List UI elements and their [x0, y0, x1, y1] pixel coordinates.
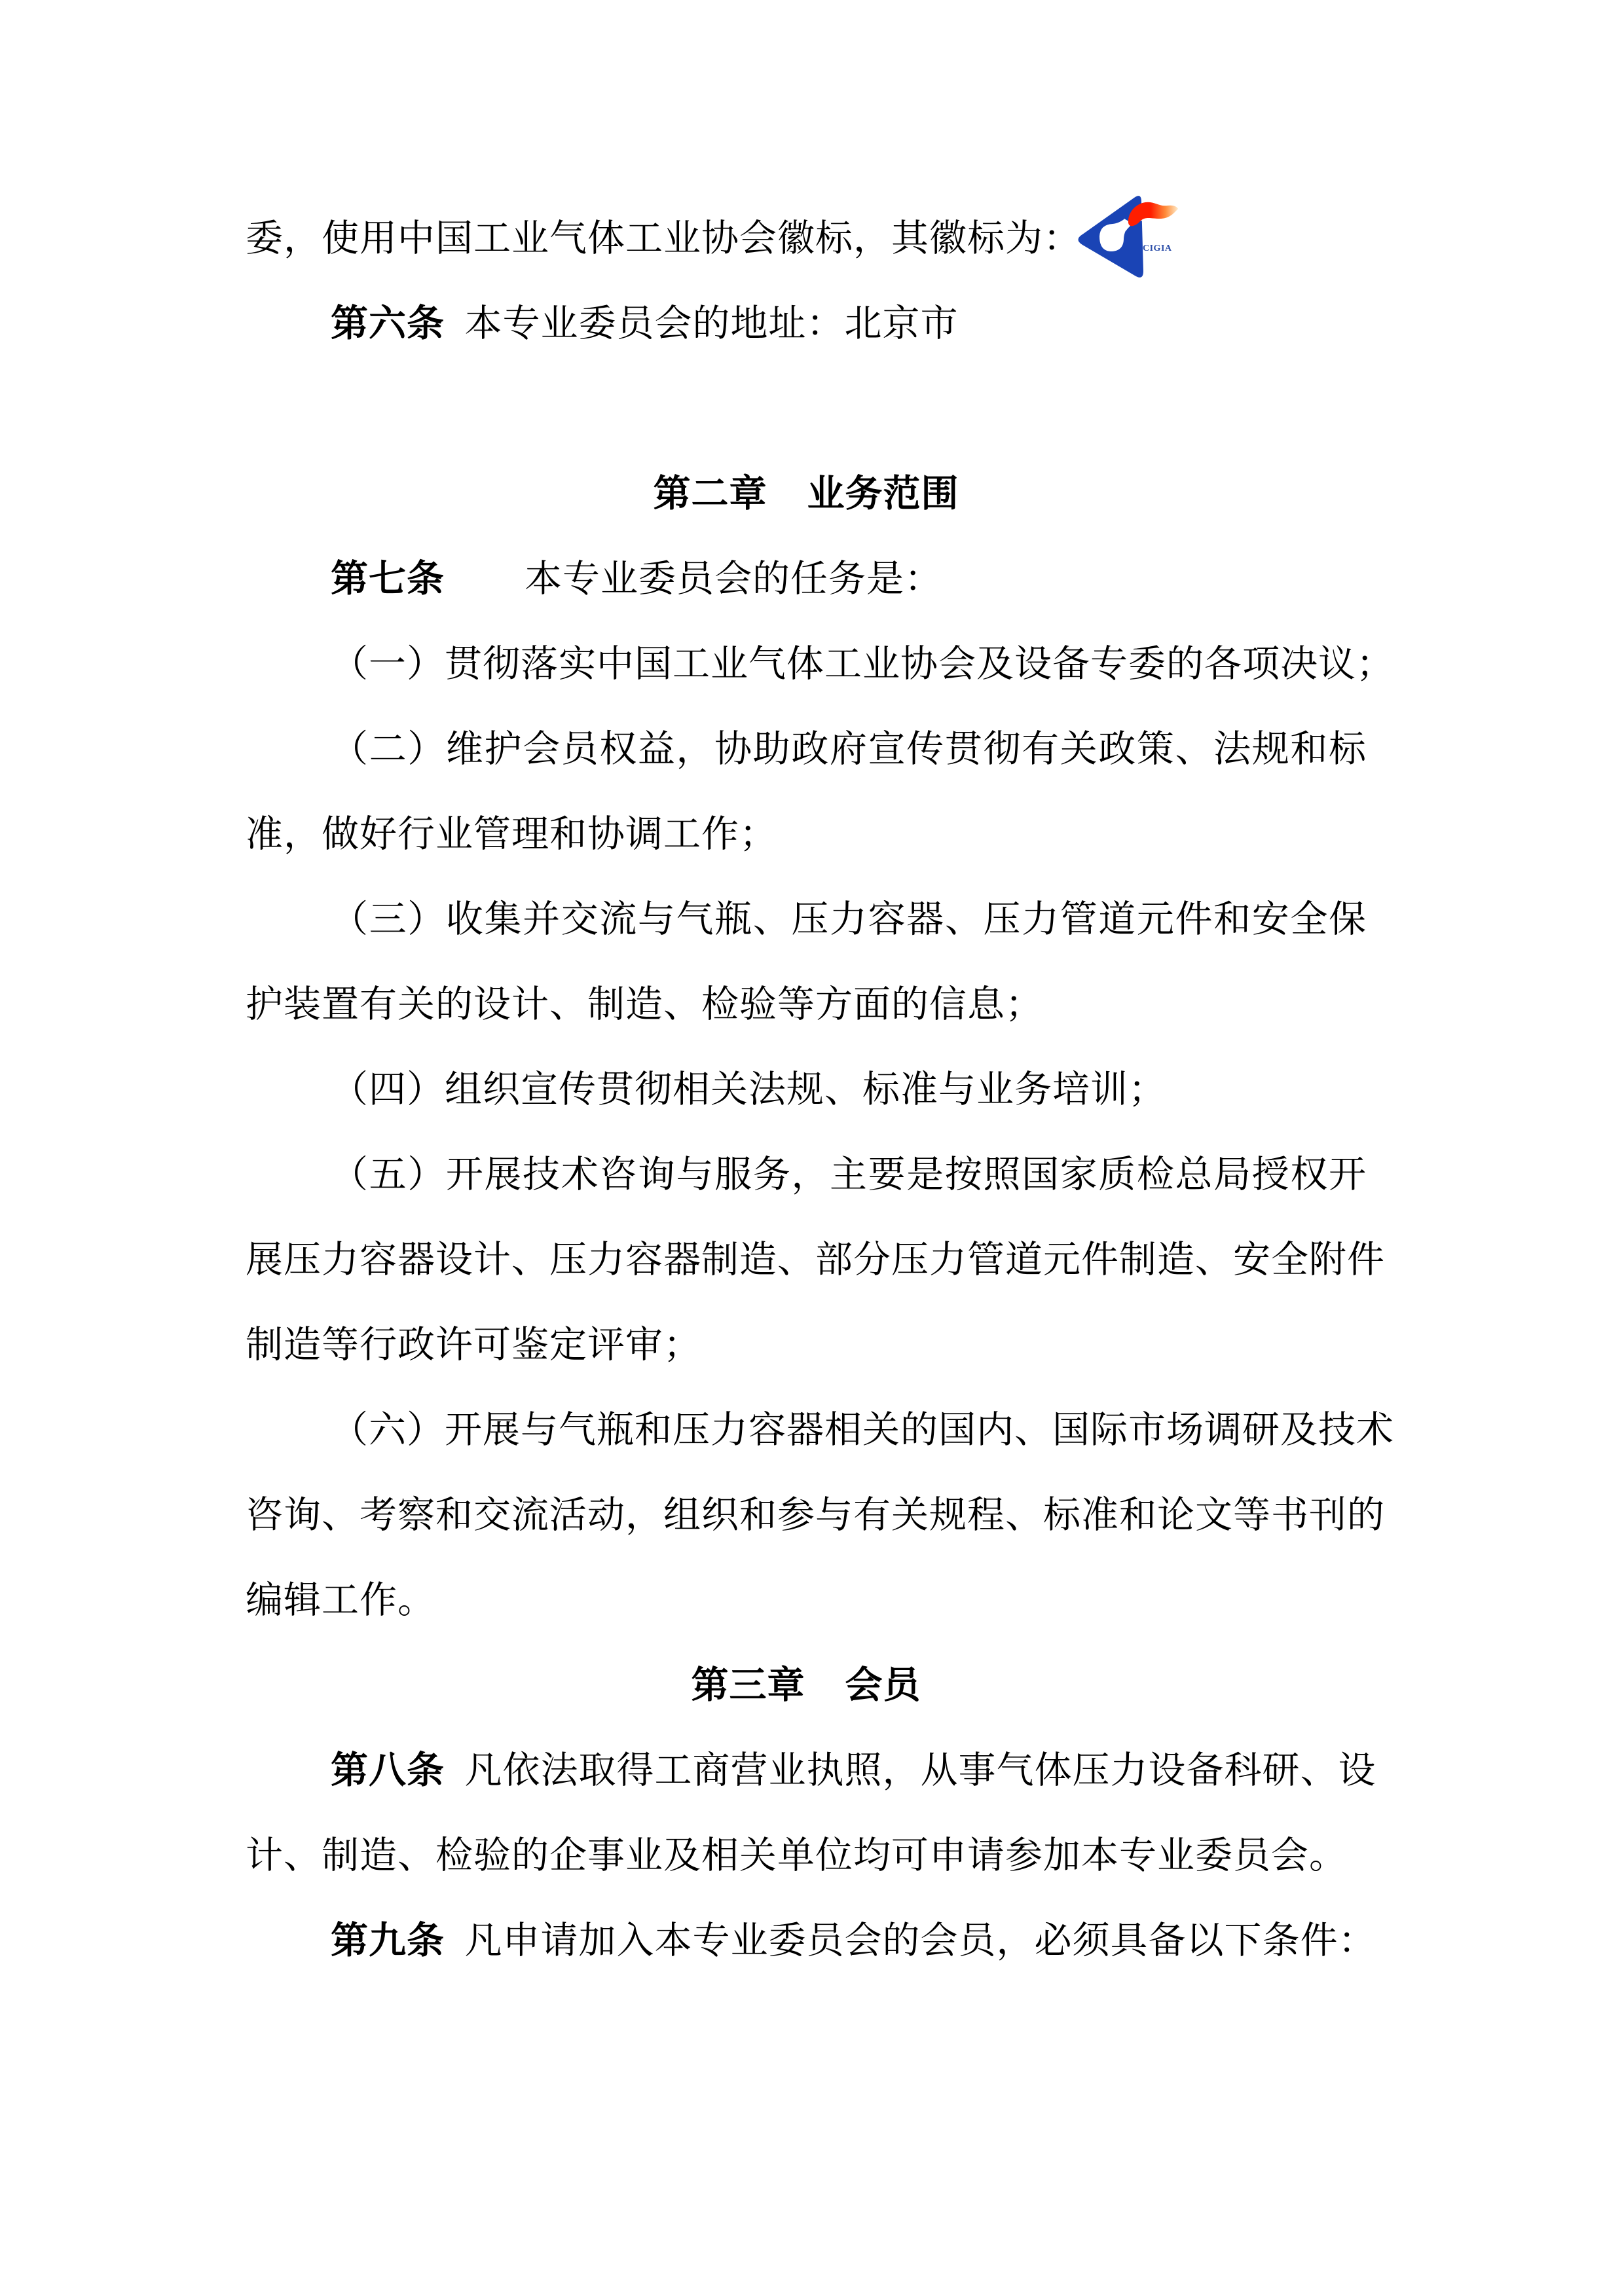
- text-line: （四）组织宣传贯彻相关法规、标准与业务培训；: [246, 1048, 1367, 1133]
- body-text: 制造等行政许可鉴定评审；: [246, 1324, 701, 1366]
- text-line: （三）收集并交流与气瓶、压力容器、压力管道元件和安全保: [246, 877, 1367, 962]
- body-text: 编辑工作。: [246, 1580, 435, 1621]
- text-line: 制造等行政许可鉴定评审；: [246, 1303, 1367, 1388]
- body-text: （三）收集并交流与气瓶、压力容器、压力管道元件和安全保: [331, 899, 1367, 940]
- cigia-logo-icon: CIGIA: [1076, 193, 1179, 285]
- text-line: 展压力容器设计、压力容器制造、部分压力管道元件制造、安全附件: [246, 1218, 1367, 1303]
- body-text: 计、制造、检验的企事业及相关单位均可申请参加本专业委员会。: [246, 1835, 1347, 1876]
- body-text: 展压力容器设计、压力容器制造、部分压力管道元件制造、安全附件: [246, 1239, 1385, 1281]
- document-lines: 委，使用中国工业气体工业协会徽标，其徽标为：第六条 本专业委员会的地址：北京市第…: [246, 196, 1367, 1984]
- text-line: 计、制造、检验的企事业及相关单位均可申请参加本专业委员会。: [246, 1813, 1367, 1899]
- text-line: （一）贯彻落实中国工业气体工业协会及设备专委的各项决议；: [246, 622, 1367, 707]
- article-number-label: 第六条: [331, 303, 445, 344]
- document-content: 委，使用中国工业气体工业协会徽标，其徽标为：第六条 本专业委员会的地址：北京市第…: [246, 196, 1367, 1984]
- document-page: 委，使用中国工业气体工业协会徽标，其徽标为：第六条 本专业委员会的地址：北京市第…: [0, 0, 1624, 2296]
- body-text: （二）维护会员权益，协助政府宣传贯彻有关政策、法规和标: [331, 729, 1367, 770]
- body-text: （六）开展与气瓶和压力容器相关的国内、国际市场调研及技术: [331, 1410, 1394, 1451]
- text-line: （五）开展技术咨询与服务，主要是按照国家质检总局授权开: [246, 1133, 1367, 1218]
- body-text: 本专业委员会的地址：北京市: [445, 303, 959, 344]
- text-line: 咨询、考察和交流活动，组织和参与有关规程、标准和论文等书刊的: [246, 1473, 1367, 1558]
- body-text: （五）开展技术咨询与服务，主要是按照国家质检总局授权开: [331, 1154, 1367, 1195]
- text-line: 第七条 本专业委员会的任务是：: [246, 537, 1367, 622]
- blank-line: [246, 367, 1367, 452]
- body-text: 委，使用中国工业气体工业协会徽标，其徽标为：: [246, 218, 1081, 259]
- body-text: （四）组织宣传贯彻相关法规、标准与业务培训；: [331, 1069, 1166, 1110]
- article-number-label: 第九条: [331, 1920, 445, 1961]
- body-text: 准，做好行业管理和协调工作；: [246, 814, 777, 855]
- text-line: 委，使用中国工业气体工业协会徽标，其徽标为：: [246, 196, 1367, 282]
- text-line: 准，做好行业管理和协调工作；: [246, 792, 1367, 877]
- logo-label: CIGIA: [1143, 244, 1172, 253]
- body-text: 护装置有关的设计、制造、检验等方面的信息；: [246, 984, 1043, 1025]
- chapter-heading: 第三章 会员: [246, 1643, 1367, 1728]
- article-number-label: 第二章 业务范围: [654, 473, 959, 515]
- text-line: 第六条 本专业委员会的地址：北京市: [246, 282, 1367, 367]
- body-text: 凡申请加入本专业委员会的会员，必须具备以下条件：: [445, 1920, 1376, 1961]
- article-number-label: 第三章 会员: [692, 1665, 921, 1706]
- body-text: 凡依法取得工商营业执照，从事气体压力设备科研、设: [445, 1750, 1376, 1791]
- article-number-label: 第八条: [331, 1750, 445, 1791]
- text-line: 编辑工作。: [246, 1558, 1367, 1643]
- text-line: （二）维护会员权益，协助政府宣传贯彻有关政策、法规和标: [246, 707, 1367, 792]
- body-text: 咨询、考察和交流活动，组织和参与有关规程、标准和论文等书刊的: [246, 1495, 1385, 1536]
- text-line: 护装置有关的设计、制造、检验等方面的信息；: [246, 962, 1367, 1048]
- body-text: （一）贯彻落实中国工业气体工业协会及设备专委的各项决议；: [331, 644, 1394, 685]
- body-text: 本专业委员会的任务是：: [445, 558, 942, 600]
- cigia-logo: CIGIA: [1076, 193, 1179, 285]
- chapter-heading: 第二章 业务范围: [246, 452, 1367, 537]
- text-line: 第八条 凡依法取得工商营业执照，从事气体压力设备科研、设: [246, 1728, 1367, 1813]
- article-number-label: 第七条: [331, 558, 445, 600]
- text-line: （六）开展与气瓶和压力容器相关的国内、国际市场调研及技术: [246, 1388, 1367, 1473]
- text-line: 第九条 凡申请加入本专业委员会的会员，必须具备以下条件：: [246, 1899, 1367, 1984]
